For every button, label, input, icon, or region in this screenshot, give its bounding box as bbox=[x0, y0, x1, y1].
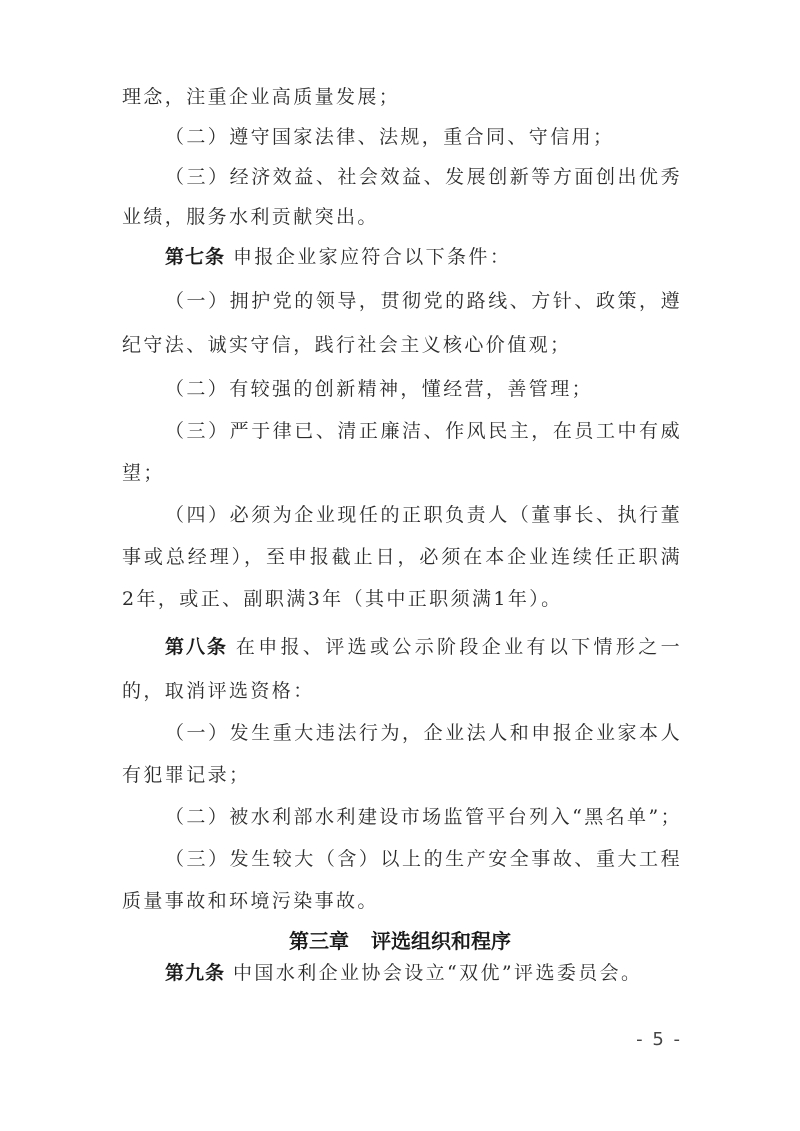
clause-item: （二）有较强的创新精神，懂经营，善管理； bbox=[165, 374, 682, 404]
clause-item: （三）发生较大（含）以上的生产安全事故、重大工程 bbox=[165, 844, 682, 874]
clause-item: （四）必须为企业现任的正职负责人（董事长、执行董 bbox=[165, 500, 682, 530]
paragraph-line: 有犯罪记录； bbox=[122, 760, 682, 790]
article-label: 第九条 bbox=[165, 962, 225, 984]
paragraph-line: 2年，或正、副职满3年（其中正职须满1年）。 bbox=[122, 584, 682, 614]
paragraph-line: 望； bbox=[122, 458, 682, 488]
document-page: 理念，注重企业高质量发展； （二）遵守国家法律、法规，重合同、守信用； （三）经… bbox=[0, 0, 800, 1131]
clause-item: （二）被水利部水利建设市场监管平台列入“黑名单”； bbox=[165, 802, 682, 832]
page-number: - 5 - bbox=[630, 1026, 682, 1054]
clause-item: （三）经济效益、社会效益、发展创新等方面创出优秀 bbox=[165, 162, 682, 192]
paragraph-line: 纪守法、诚实守信，践行社会主义核心价值观； bbox=[122, 330, 682, 360]
article-label: 第七条 bbox=[165, 246, 225, 268]
article-7: 第七条申报企业家应符合以下条件： bbox=[165, 242, 682, 272]
chapter-heading: 第三章评选组织和程序 bbox=[0, 926, 800, 956]
clause-item: （二）遵守国家法律、法规，重合同、守信用； bbox=[165, 122, 682, 152]
article-8: 第八条在申报、评选或公示阶段企业有以下情形之一 bbox=[165, 632, 682, 662]
article-text: 在申报、评选或公示阶段企业有以下情形之一 bbox=[236, 636, 682, 658]
article-9: 第九条中国水利企业协会设立“双优”评选委员会。 bbox=[165, 958, 682, 988]
paragraph-line: 业绩，服务水利贡献突出。 bbox=[122, 202, 682, 232]
article-text: 申报企业家应符合以下条件： bbox=[233, 246, 511, 268]
clause-item: （一）拥护党的领导，贯彻党的路线、方针、政策，遵 bbox=[165, 286, 682, 316]
article-text: 中国水利企业协会设立“双优”评选委员会。 bbox=[233, 962, 642, 984]
clause-item: （三）严于律已、清正廉洁、作风民主，在员工中有威 bbox=[165, 416, 682, 446]
chapter-title: 评选组织和程序 bbox=[371, 929, 511, 953]
paragraph-line: 的，取消评选资格： bbox=[122, 676, 682, 706]
paragraph-line: 理念，注重企业高质量发展； bbox=[122, 82, 682, 112]
clause-item: （一）发生重大违法行为，企业法人和申报企业家本人 bbox=[165, 718, 682, 748]
chapter-number: 第三章 bbox=[289, 929, 349, 953]
paragraph-line: 质量事故和环境污染事故。 bbox=[122, 886, 682, 916]
paragraph-line: 事或总经理），至申报截止日，必须在本企业连续任正职满 bbox=[122, 542, 682, 572]
article-label: 第八条 bbox=[165, 636, 228, 658]
